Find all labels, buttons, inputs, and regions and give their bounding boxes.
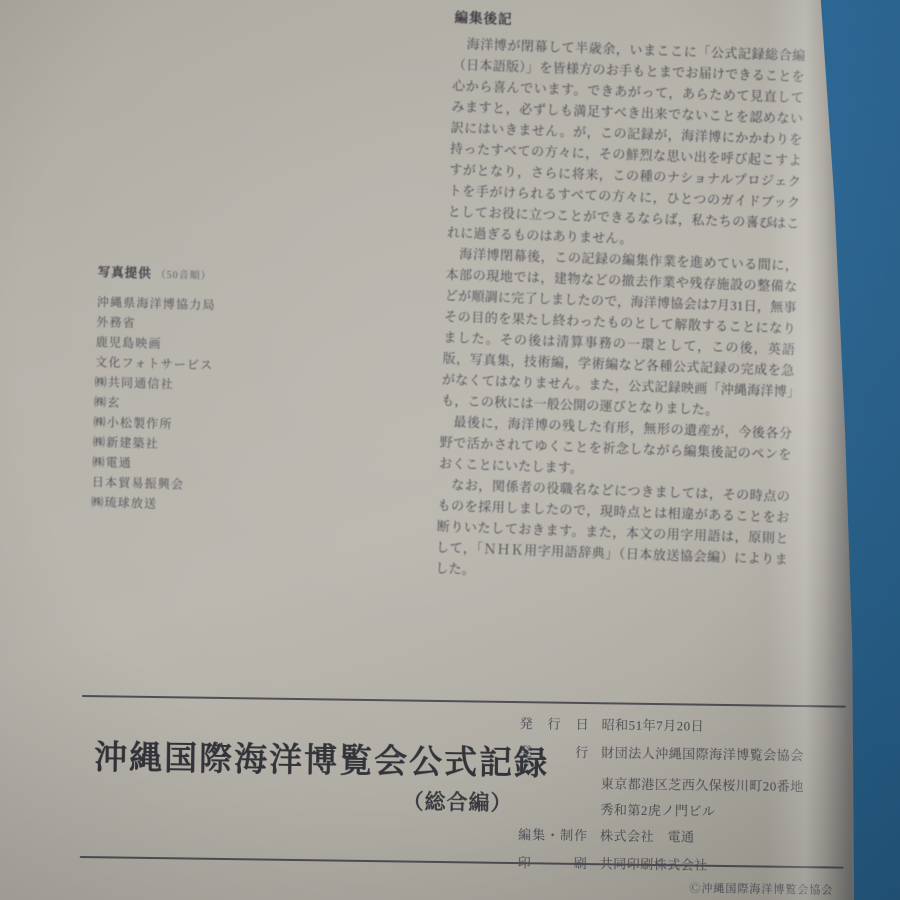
copyright-notice: Ⓒ沖縄国際海洋博覧会協会 xyxy=(689,879,833,897)
colophon-top-rule xyxy=(82,695,846,707)
book-page: 編集後記 海洋博が閉幕して半歳余，いまここに「公式記録総合編（日本語版）」を皆様… xyxy=(0,0,900,900)
colophon-subtitle: （総合編） xyxy=(402,785,512,817)
photo-credits-note: （50音順） xyxy=(156,270,212,283)
colophon-section: 沖縄国際海洋博覧会公式記録 （総合編） 発 行 日 昭和51年7月20日 発 行… xyxy=(79,695,848,900)
credit-item: ㈱琉球放送 xyxy=(91,492,210,515)
publisher-address-line: 東京都港区芝西久保桜川町20番地 xyxy=(519,772,841,795)
photo-credits-heading: 写真提供（50音順） xyxy=(97,262,216,283)
postscript-paragraph-4: なお，関係者の役職名などにつきましては，その時点のものを採用しましたので，現時点… xyxy=(435,474,790,591)
colophon-row-value: 株式会社 電通 xyxy=(600,825,695,845)
colophon-row-label: 編集・制作 xyxy=(518,824,600,844)
colophon-row-editing: 編集・制作 株式会社 電通 xyxy=(518,824,840,847)
colophon-row-value: 昭和51年7月20日 xyxy=(602,714,705,734)
photo-credits-title: 写真提供 xyxy=(98,265,152,281)
postscript-heading: 編集後記 xyxy=(454,6,806,38)
colophon-row-label: 発 行 xyxy=(519,741,601,761)
publisher-building-line: 秀和第2虎ノ門ビル xyxy=(518,798,840,821)
photo-credits-list: 沖縄県海洋博協力局 外務省 鹿児島映画 文化フォトサービス ㈱共同通信社 ㈱玄 … xyxy=(91,292,216,515)
colophon-row-label: 発 行 日 xyxy=(520,713,602,733)
book-photo: 編集後記 海洋博が閉幕して半歳余，いまここに「公式記録総合編（日本語版）」を皆様… xyxy=(0,0,900,900)
colophon-title: 沖縄国際海洋博覧会公式記録 xyxy=(94,731,550,784)
postscript-section: 編集後記 海洋博が閉幕して半歳余，いまここに「公式記録総合編（日本語版）」を皆様… xyxy=(435,6,807,591)
colophon-row-value: 財団法人沖縄国際海洋博覧会協会 xyxy=(601,742,804,764)
postscript-paragraph-2: 海洋博閉幕後，この記録の編集作業を進めている間に，本部の現地では，建物などの撤去… xyxy=(441,243,799,423)
furigana-annotation: もとぶ xyxy=(749,217,776,229)
photo-credits-section: 写真提供（50音順） 沖縄県海洋博協力局 外務省 鹿児島映画 文化フォトサービス… xyxy=(91,262,217,515)
colophon-row-publication-date: 発 行 日 昭和51年7月20日 xyxy=(520,713,842,736)
colophon-rows: 発 行 日 昭和51年7月20日 発 行 財団法人沖縄国際海洋博覧会協会 東京都… xyxy=(517,713,841,884)
colophon-row-publisher: 発 行 財団法人沖縄国際海洋博覧会協会 xyxy=(519,741,841,764)
